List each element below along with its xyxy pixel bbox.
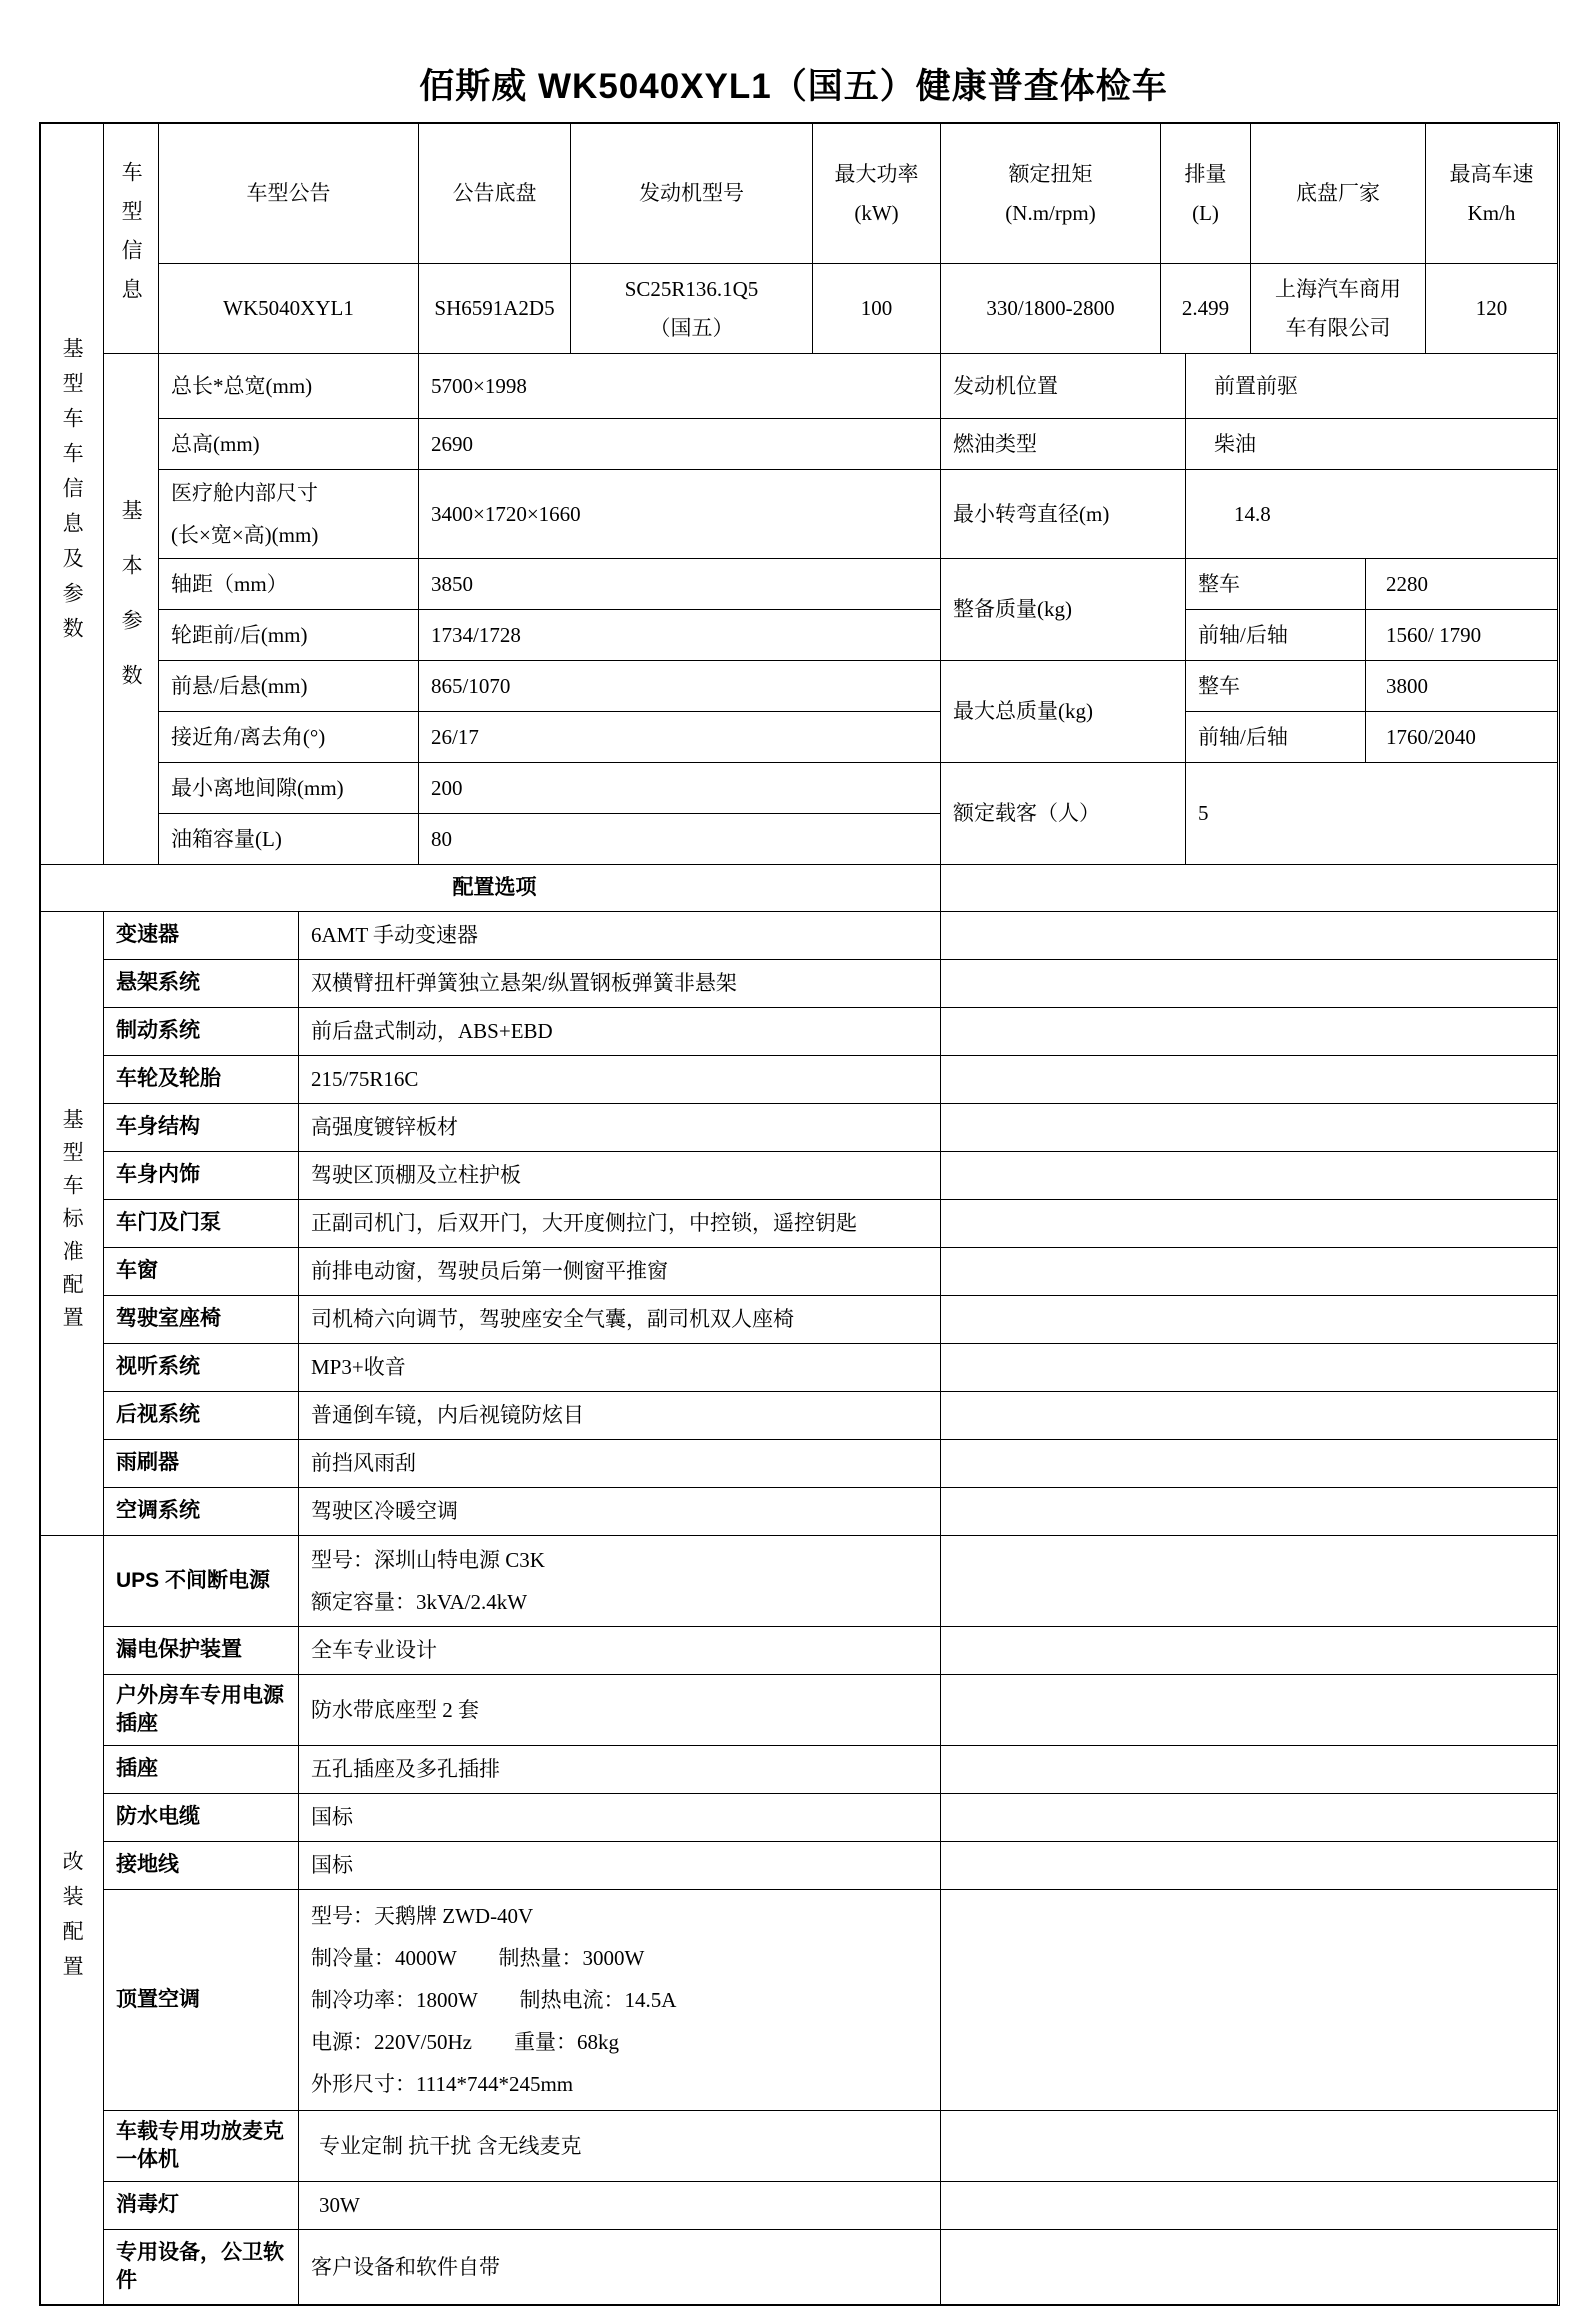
param-row: 轮距前/后(mm) 1734/1728 前轴/后轴 1560/ 1790 — [41, 610, 1558, 661]
param-label: 额定载客（人） — [941, 763, 1186, 865]
value-chassis-maker: 上海汽车商用 车有限公司 — [1251, 264, 1426, 354]
config-label: 车身内饰 — [104, 1152, 299, 1200]
config-value: 30W — [299, 2182, 941, 2230]
param-value: 前置前驱 — [1186, 354, 1558, 419]
config-value: 驾驶区顶棚及立柱护板 — [299, 1152, 941, 1200]
config-row: 驾驶室座椅 司机椅六向调节，驾驶座安全气囊，副司机双人座椅 — [41, 1296, 1558, 1344]
param-row: 总高(mm) 2690 燃油类型 柴油 — [41, 419, 1558, 470]
empty-cell — [941, 1296, 1558, 1344]
config-row: 车轮及轮胎 215/75R16C — [41, 1056, 1558, 1104]
config-row: 后视系统 普通倒车镜，内后视镜防炫目 — [41, 1392, 1558, 1440]
config-value: 双横臂扭杆弹簧独立悬架/纵置钢板弹簧非悬架 — [299, 960, 941, 1008]
param-label: 轴距（mm） — [159, 559, 419, 610]
header-rated-torque: 额定扭矩 (N.m/rpm) — [941, 124, 1161, 264]
spec-values-row: WK5040XYL1 SH6591A2D5 SC25R136.1Q5 （国五） … — [41, 264, 1558, 354]
config-value: MP3+收音 — [299, 1344, 941, 1392]
empty-cell — [941, 1152, 1558, 1200]
config-row: 悬架系统 双横臂扭杆弹簧独立悬架/纵置钢板弹簧非悬架 — [41, 960, 1558, 1008]
empty-cell — [941, 1746, 1558, 1794]
config-value: 全车专业设计 — [299, 1627, 941, 1675]
param-value: 3400×1720×1660 — [419, 470, 941, 559]
param-label: 油箱容量(L) — [159, 814, 419, 865]
value-max-power: 100 — [813, 264, 941, 354]
config-value: 6AMT 手动变速器 — [299, 912, 941, 960]
header-model-announcement: 车型公告 — [159, 124, 419, 264]
config-value: 高强度镀锌板材 — [299, 1104, 941, 1152]
empty-cell — [941, 2182, 1558, 2230]
empty-cell — [941, 1488, 1558, 1536]
value-model-announcement: WK5040XYL1 — [159, 264, 419, 354]
empty-cell — [941, 1344, 1558, 1392]
param-row: 轴距（mm） 3850 整备质量(kg) 整车 2280 — [41, 559, 1558, 610]
config-value: 前后盘式制动，ABS+EBD — [299, 1008, 941, 1056]
param-value: 80 — [419, 814, 941, 865]
config-label: 车门及门泵 — [104, 1200, 299, 1248]
config-value: 五孔插座及多孔插排 — [299, 1746, 941, 1794]
config-value: 国标 — [299, 1842, 941, 1890]
param-label: 总长*总宽(mm) — [159, 354, 419, 419]
vehicle-info-vertical-label: 车型信息 — [117, 161, 145, 317]
empty-cell — [941, 1104, 1558, 1152]
base-vehicle-vertical-label: 基型车车信息及参数 — [58, 337, 86, 652]
config-label: 防水电缆 — [104, 1794, 299, 1842]
empty-cell — [941, 1200, 1558, 1248]
standard-config-vertical-label: 基型车标准配置 — [58, 1108, 86, 1339]
config-label: 漏电保护装置 — [104, 1627, 299, 1675]
config-row: 基型车标准配置 变速器 6AMT 手动变速器 — [41, 912, 1558, 960]
config-value: 前排电动窗，驾驶员后第一侧窗平推窗 — [299, 1248, 941, 1296]
config-row: 空调系统 驾驶区冷暖空调 — [41, 1488, 1558, 1536]
config-row: 视听系统 MP3+收音 — [41, 1344, 1558, 1392]
param-sublabel: 整车 — [1186, 661, 1366, 712]
standard-config-table: 基型车标准配置 变速器 6AMT 手动变速器 悬架系统 双横臂扭杆弹簧独立悬架/… — [40, 911, 1558, 1536]
param-value: 26/17 — [419, 712, 941, 763]
param-value: 3850 — [419, 559, 941, 610]
empty-cell — [941, 1392, 1558, 1440]
param-value: 2690 — [419, 419, 941, 470]
config-label: 专用设备，公卫软件 — [104, 2230, 299, 2305]
config-row: 车身结构 高强度镀锌板材 — [41, 1104, 1558, 1152]
config-label: 视听系统 — [104, 1344, 299, 1392]
spec-header-row: 基型车车信息及参数 车型信息 车型公告 公告底盘 发动机型号 最大功率 (kW)… — [41, 124, 1558, 264]
config-value: 司机椅六向调节，驾驶座安全气囊，副司机双人座椅 — [299, 1296, 941, 1344]
param-sublabel: 前轴/后轴 — [1186, 610, 1366, 661]
config-value: 前挡风雨刮 — [299, 1440, 941, 1488]
basic-params-vertical-label: 基本参数 — [117, 499, 145, 719]
empty-cell — [941, 1627, 1558, 1675]
param-value: 柴油 — [1186, 419, 1558, 470]
modified-config-table: 改装配置 UPS 不间断电源 型号：深圳山特电源 C3K 额定容量：3kVA/2… — [40, 1535, 1558, 2305]
param-label: 前悬/后悬(mm) — [159, 661, 419, 712]
config-label: 车身结构 — [104, 1104, 299, 1152]
param-row: 接近角/离去角(°) 26/17 前轴/后轴 1760/2040 — [41, 712, 1558, 763]
empty-cell — [941, 2111, 1558, 2182]
config-label: 车载专用功放麦克一体机 — [104, 2111, 299, 2182]
config-value: 型号：天鹅牌 ZWD-40V 制冷量：4000W 制热量：3000W 制冷功率：… — [299, 1890, 941, 2111]
param-label: 整备质量(kg) — [941, 559, 1186, 661]
header-max-speed: 最高车速 Km/h — [1426, 124, 1558, 264]
param-value: 3800 — [1366, 661, 1558, 712]
config-label: 顶置空调 — [104, 1890, 299, 2111]
empty-cell — [941, 1675, 1558, 1746]
empty-cell — [941, 1248, 1558, 1296]
page-title: 佰斯威 WK5040XYL1（国五）健康普查体检车 — [0, 0, 1587, 108]
empty-cell — [941, 1536, 1558, 1627]
config-label: 消毒灯 — [104, 2182, 299, 2230]
config-value: 型号：深圳山特电源 C3K 额定容量：3kVA/2.4kW — [299, 1536, 941, 1627]
param-label: 最小离地间隙(mm) — [159, 763, 419, 814]
value-engine-model: SC25R136.1Q5 （国五） — [571, 264, 813, 354]
param-value: 1760/2040 — [1366, 712, 1558, 763]
param-value: 200 — [419, 763, 941, 814]
config-label: 空调系统 — [104, 1488, 299, 1536]
config-row: 专用设备，公卫软件 客户设备和软件自带 — [41, 2230, 1558, 2305]
config-label: 驾驶室座椅 — [104, 1296, 299, 1344]
config-row: 插座 五孔插座及多孔插排 — [41, 1746, 1558, 1794]
header-chassis-announcement: 公告底盘 — [419, 124, 571, 264]
header-chassis-maker: 底盘厂家 — [1251, 124, 1426, 264]
config-row: 户外房车专用电源插座 防水带底座型 2 套 — [41, 1675, 1558, 1746]
config-row: 车身内饰 驾驶区顶棚及立柱护板 — [41, 1152, 1558, 1200]
empty-cell — [941, 912, 1558, 960]
header-max-power: 最大功率 (kW) — [813, 124, 941, 264]
empty-cell — [941, 1890, 1558, 2111]
config-label: 车轮及轮胎 — [104, 1056, 299, 1104]
param-value: 14.8 — [1186, 470, 1558, 559]
param-value: 865/1070 — [419, 661, 941, 712]
config-value: 正副司机门，后双开门，大开度侧拉门，中控锁，遥控钥匙 — [299, 1200, 941, 1248]
config-value: 专业定制 抗干扰 含无线麦克 — [299, 2111, 941, 2182]
param-value: 1734/1728 — [419, 610, 941, 661]
empty-cell — [941, 1008, 1558, 1056]
config-label: 制动系统 — [104, 1008, 299, 1056]
base-vehicle-table: 基型车车信息及参数 车型信息 车型公告 公告底盘 发动机型号 最大功率 (kW)… — [40, 123, 1558, 865]
config-label: UPS 不间断电源 — [104, 1536, 299, 1627]
config-row: 顶置空调 型号：天鹅牌 ZWD-40V 制冷量：4000W 制热量：3000W … — [41, 1890, 1558, 2111]
config-label: 雨刷器 — [104, 1440, 299, 1488]
config-value: 客户设备和软件自带 — [299, 2230, 941, 2305]
config-row: 消毒灯 30W — [41, 2182, 1558, 2230]
value-chassis-announcement: SH6591A2D5 — [419, 264, 571, 354]
value-displacement: 2.499 — [1161, 264, 1251, 354]
modified-config-vertical-label: 改装配置 — [58, 1850, 86, 1990]
vehicle-info-label: 车型信息 — [104, 124, 159, 354]
param-label: 医疗舱内部尺寸 (长×宽×高)(mm) — [159, 470, 419, 559]
config-options-title: 配置选项 — [41, 865, 941, 912]
config-value: 国标 — [299, 1794, 941, 1842]
param-label: 最小转弯直径(m) — [941, 470, 1186, 559]
config-row: 车门及门泵 正副司机门，后双开门，大开度侧拉门，中控锁，遥控钥匙 — [41, 1200, 1558, 1248]
config-label: 悬架系统 — [104, 960, 299, 1008]
config-label: 接地线 — [104, 1842, 299, 1890]
config-row: 制动系统 前后盘式制动，ABS+EBD — [41, 1008, 1558, 1056]
config-row: 车载专用功放麦克一体机 专业定制 抗干扰 含无线麦克 — [41, 2111, 1558, 2182]
section-label-modified-config: 改装配置 — [41, 1536, 104, 2305]
section-label-standard-config: 基型车标准配置 — [41, 912, 104, 1536]
config-row: 防水电缆 国标 — [41, 1794, 1558, 1842]
empty-cell — [941, 1794, 1558, 1842]
param-row: 前悬/后悬(mm) 865/1070 最大总质量(kg) 整车 3800 — [41, 661, 1558, 712]
config-label: 后视系统 — [104, 1392, 299, 1440]
header-displacement: 排量 (L) — [1161, 124, 1251, 264]
empty-cell — [941, 1440, 1558, 1488]
param-row: 最小离地间隙(mm) 200 额定载客（人） 5 — [41, 763, 1558, 814]
param-label: 轮距前/后(mm) — [159, 610, 419, 661]
config-banner-table: 配置选项 — [40, 864, 1558, 912]
empty-cell — [941, 1842, 1558, 1890]
param-value: 2280 — [1366, 559, 1558, 610]
config-row: 雨刷器 前挡风雨刮 — [41, 1440, 1558, 1488]
param-value: 1560/ 1790 — [1366, 610, 1558, 661]
config-value: 防水带底座型 2 套 — [299, 1675, 941, 1746]
config-row: 接地线 国标 — [41, 1842, 1558, 1890]
section-label-base-vehicle: 基型车车信息及参数 — [41, 124, 104, 865]
param-label: 接近角/离去角(°) — [159, 712, 419, 763]
param-value: 5700×1998 — [419, 354, 941, 419]
param-sublabel: 前轴/后轴 — [1186, 712, 1366, 763]
param-value: 5 — [1186, 763, 1558, 865]
value-rated-torque: 330/1800-2800 — [941, 264, 1161, 354]
empty-cell — [941, 1056, 1558, 1104]
config-row: 车窗 前排电动窗，驾驶员后第一侧窗平推窗 — [41, 1248, 1558, 1296]
config-label: 插座 — [104, 1746, 299, 1794]
basic-params-label: 基本参数 — [104, 354, 159, 865]
header-engine-model: 发动机型号 — [571, 124, 813, 264]
param-label: 发动机位置 — [941, 354, 1186, 419]
param-sublabel: 整车 — [1186, 559, 1366, 610]
config-label: 变速器 — [104, 912, 299, 960]
param-label: 燃油类型 — [941, 419, 1186, 470]
config-label: 户外房车专用电源插座 — [104, 1675, 299, 1746]
config-row: 改装配置 UPS 不间断电源 型号：深圳山特电源 C3K 额定容量：3kVA/2… — [41, 1536, 1558, 1627]
config-banner-row: 配置选项 — [41, 865, 1558, 912]
param-label: 总高(mm) — [159, 419, 419, 470]
spec-sheet: 基型车车信息及参数 车型信息 车型公告 公告底盘 发动机型号 最大功率 (kW)… — [39, 122, 1560, 2306]
param-row: 基本参数 总长*总宽(mm) 5700×1998 发动机位置 前置前驱 — [41, 354, 1558, 419]
config-value: 普通倒车镜，内后视镜防炫目 — [299, 1392, 941, 1440]
config-value: 215/75R16C — [299, 1056, 941, 1104]
empty-cell — [941, 960, 1558, 1008]
param-label: 最大总质量(kg) — [941, 661, 1186, 763]
param-row: 医疗舱内部尺寸 (长×宽×高)(mm) 3400×1720×1660 最小转弯直… — [41, 470, 1558, 559]
config-label: 车窗 — [104, 1248, 299, 1296]
config-row: 漏电保护装置 全车专业设计 — [41, 1627, 1558, 1675]
empty-cell — [941, 865, 1558, 912]
value-max-speed: 120 — [1426, 264, 1558, 354]
config-value: 驾驶区冷暖空调 — [299, 1488, 941, 1536]
empty-cell — [941, 2230, 1558, 2305]
